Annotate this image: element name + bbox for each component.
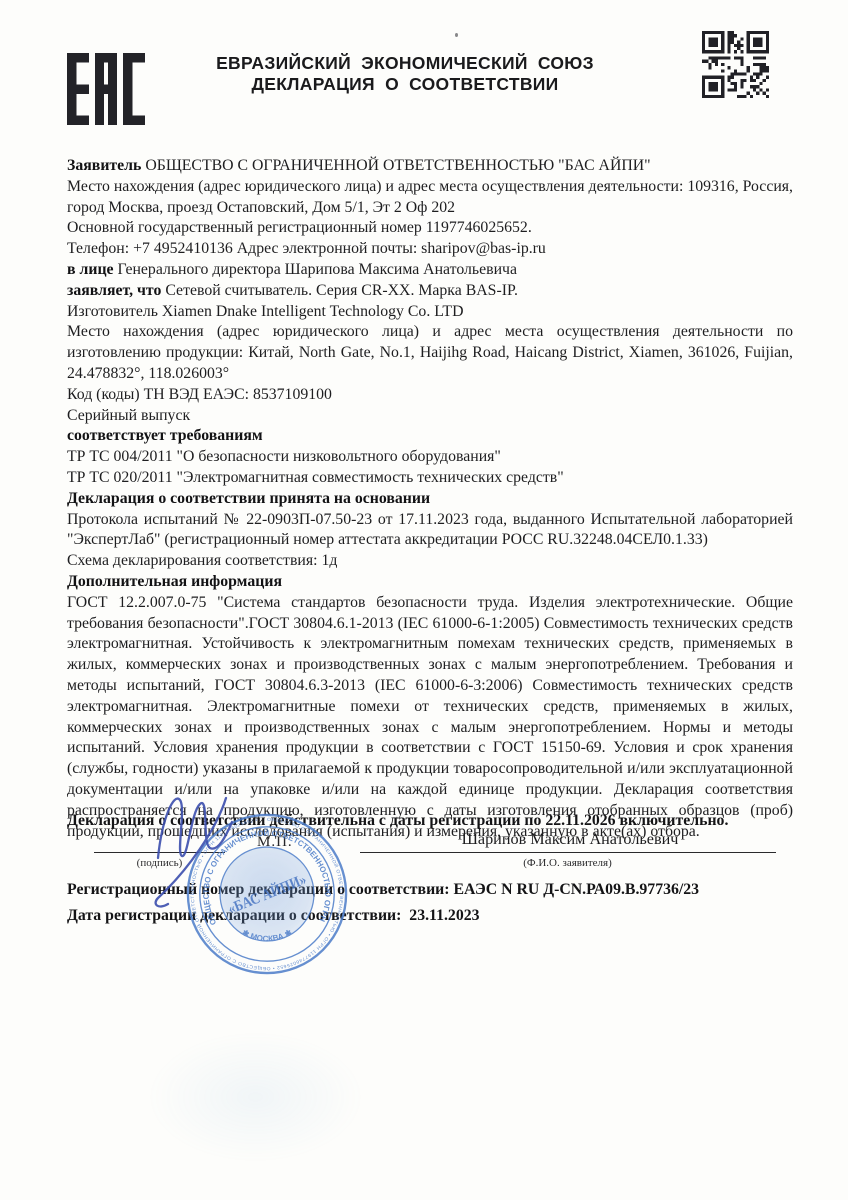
paragraph-declaration-scheme: Схема декларирования соответствия: 1д — [67, 551, 793, 572]
handwritten-signature — [128, 778, 268, 918]
declaration-document: ЕВРАЗИЙСКИЙ ЭКОНОМИЧЕСКИЙ СОЮЗ ДЕКЛАРАЦИ… — [0, 0, 848, 1200]
applicant-name: Шарипов Максим Анатольевич — [420, 830, 720, 849]
paragraph-represented-by: в лице Генерального директора Шарипова М… — [67, 260, 793, 281]
applicant-name-caption: (Ф.И.О. заявителя) — [445, 857, 690, 869]
paragraph-conforms-heading: соответствует требованиям — [67, 426, 793, 447]
paragraph-additional-info-heading: Дополнительная информация — [67, 572, 793, 593]
title-line-union: ЕВРАЗИЙСКИЙ ЭКОНОМИЧЕСКИЙ СОЮЗ — [215, 53, 595, 74]
qr-code — [702, 31, 769, 98]
scan-speck — [455, 33, 458, 37]
paragraph-ogrn: Основной государственный регистрационный… — [67, 218, 793, 239]
applicant-name-rule — [360, 852, 776, 853]
paragraph-tr-ts-004: ТР ТС 004/2011 "О безопасности низковоль… — [67, 447, 793, 468]
eac-mark-icon — [67, 53, 145, 125]
paragraph-applicant: Заявитель ОБЩЕСТВО С ОГРАНИЧЕННОЙ ОТВЕТС… — [67, 156, 793, 177]
paragraph-manufacturer-address: Место нахождения (адрес юридического лиц… — [67, 322, 793, 384]
document-title: ЕВРАЗИЙСКИЙ ЭКОНОМИЧЕСКИЙ СОЮЗ ДЕКЛАРАЦИ… — [215, 53, 595, 95]
paragraph-declares-product: заявляет, что Сетевой считыватель. Серия… — [67, 281, 793, 302]
paragraph-tnved-code: Код (коды) ТН ВЭД ЕАЭС: 8537109100 — [67, 385, 793, 406]
paragraph-manufacturer: Изготовитель Xiamen Dnake Intelligent Te… — [67, 302, 793, 323]
paragraph-serial-production: Серийный выпуск — [67, 406, 793, 427]
paragraph-basis-heading: Декларация о соответствии принята на осн… — [67, 489, 793, 510]
paragraph-test-report: Протокола испытаний № 22-0903П-07.50-23 … — [67, 510, 793, 552]
paragraph-applicant-address: Место нахождения (адрес юридического лиц… — [67, 177, 793, 219]
paragraph-tr-ts-020: ТР ТС 020/2011 "Электромагнитная совмест… — [67, 468, 793, 489]
title-line-declaration: ДЕКЛАРАЦИЯ О СООТВЕТСТВИИ — [215, 74, 595, 95]
declaration-body: Заявитель ОБЩЕСТВО С ОГРАНИЧЕННОЙ ОТВЕТС… — [67, 156, 793, 842]
stamp-residue — [148, 1032, 363, 1162]
paragraph-contacts: Телефон: +7 4952410136 Адрес электронной… — [67, 239, 793, 260]
